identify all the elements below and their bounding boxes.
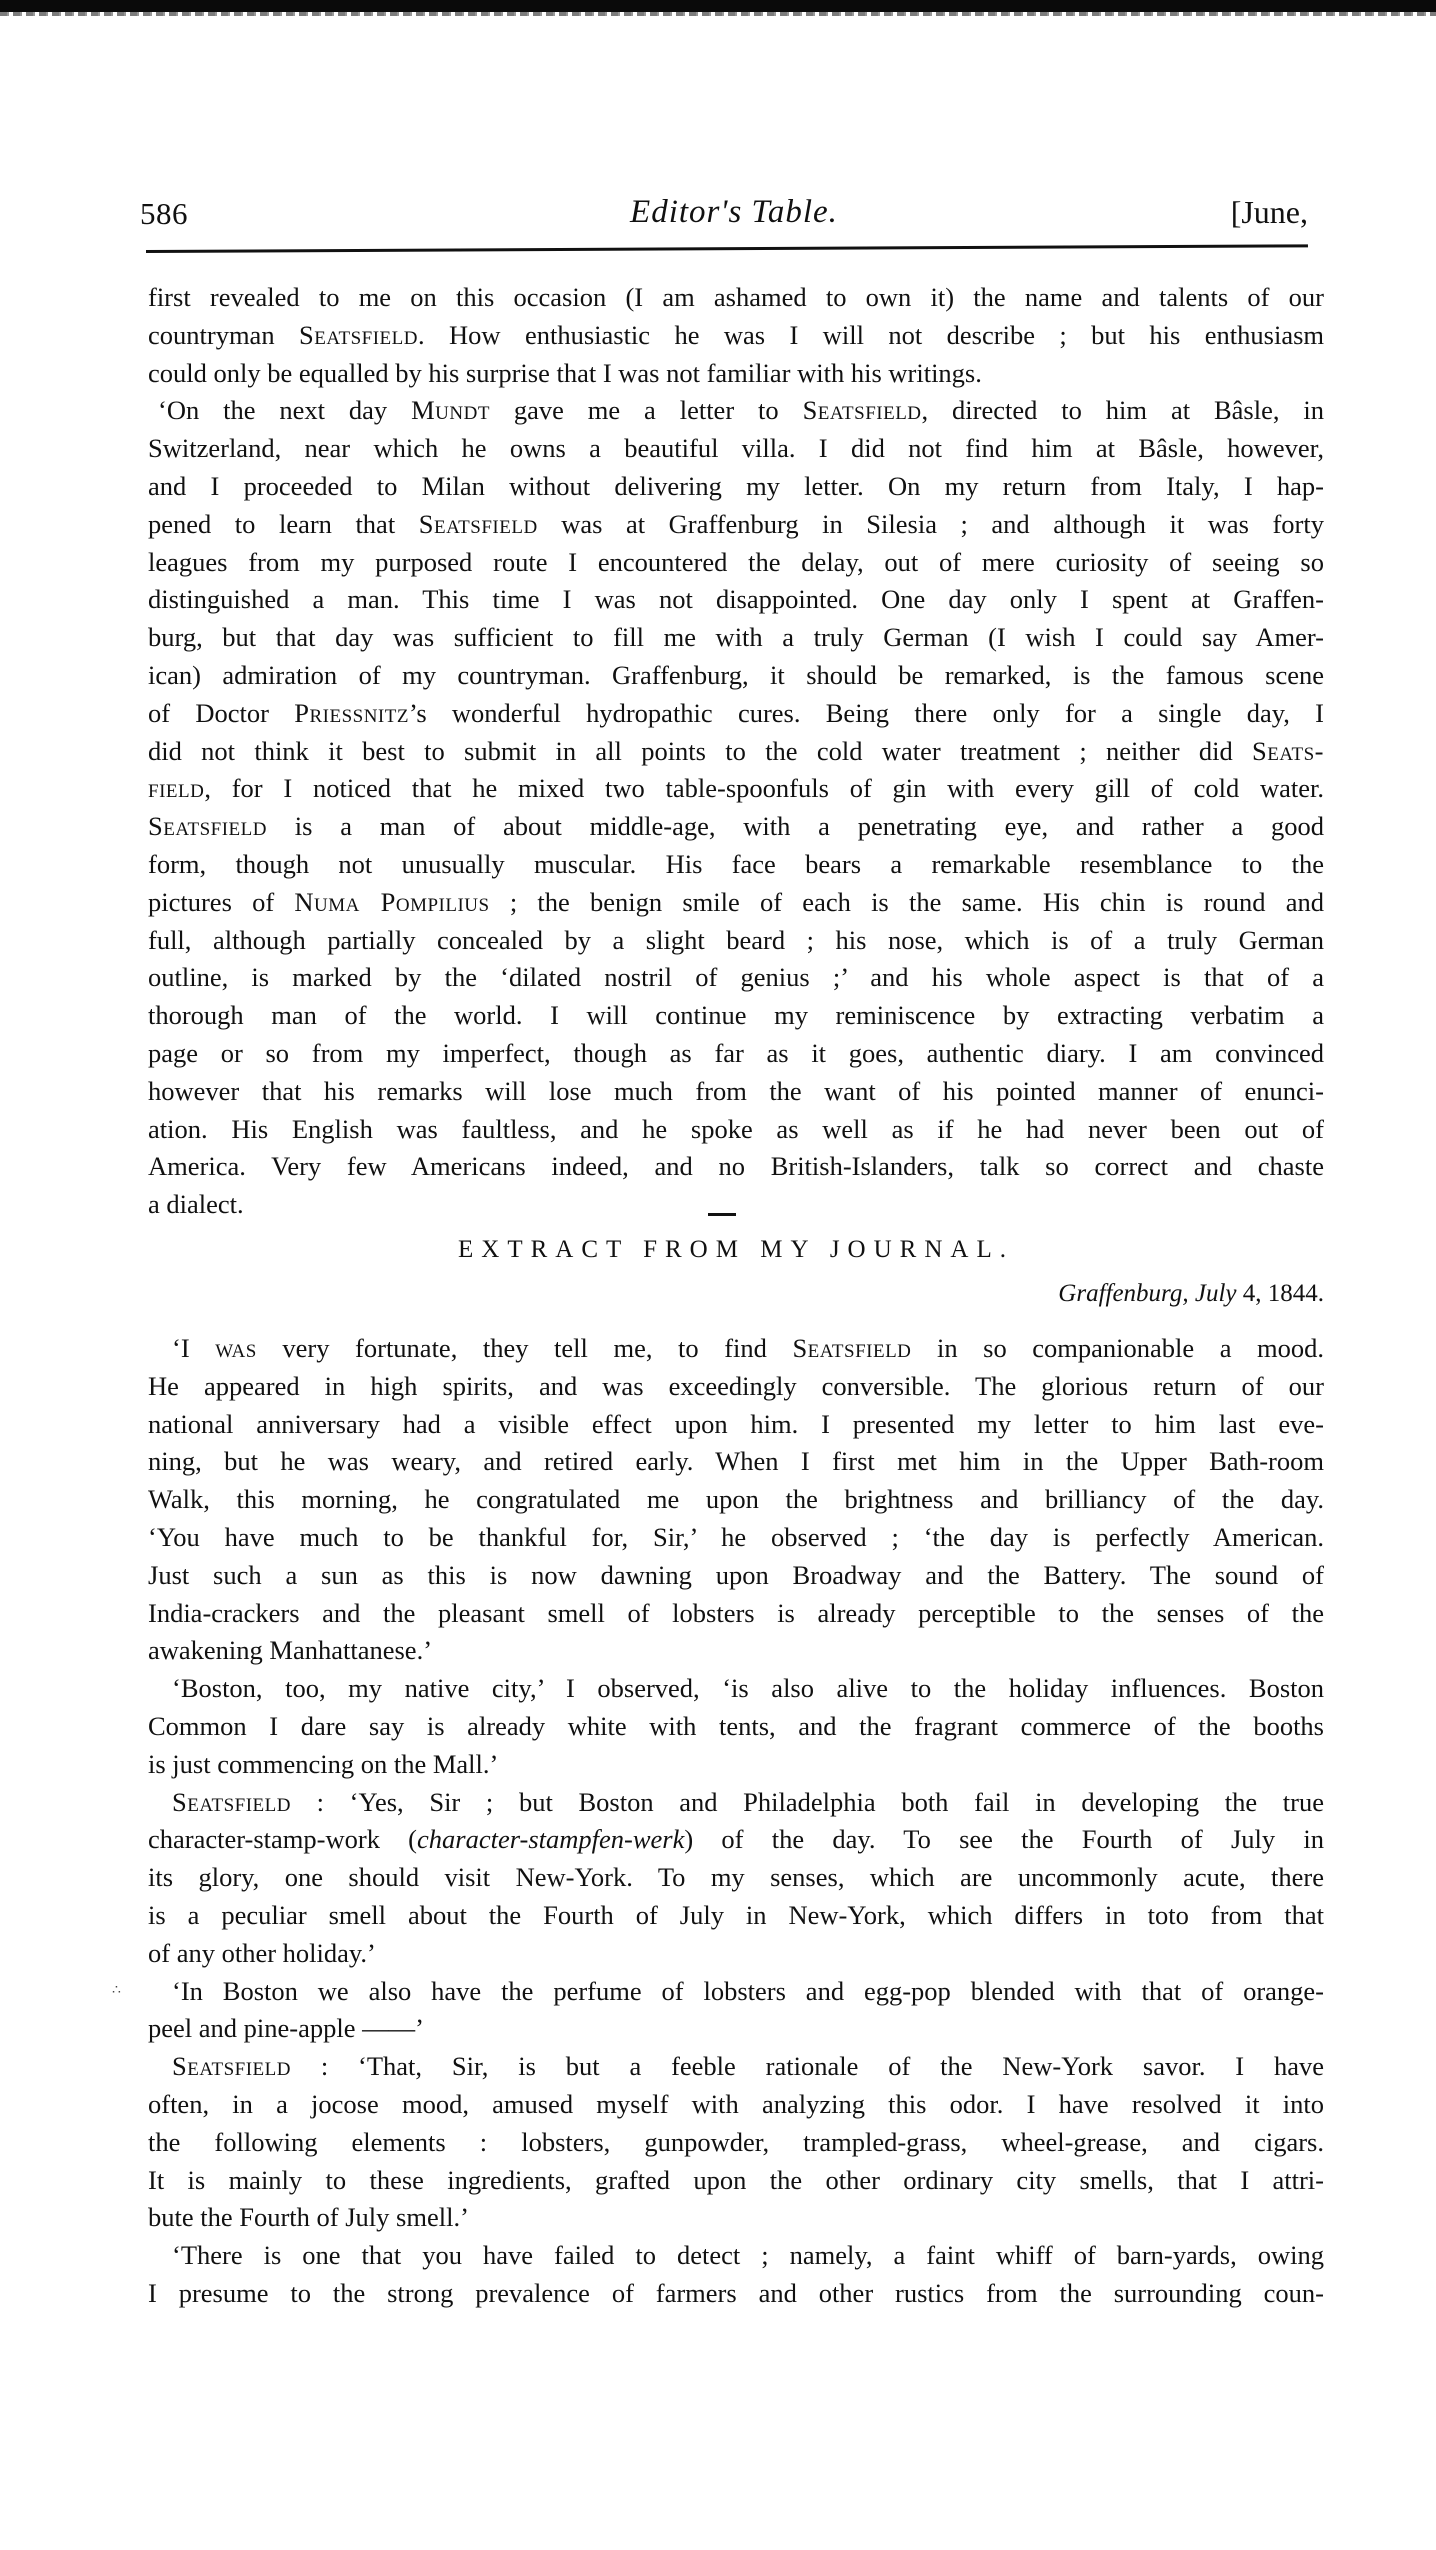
text-fragment: gave me a letter to — [490, 395, 803, 425]
text-line: thorough man of the world. I will contin… — [148, 997, 1324, 1035]
header-rule — [146, 244, 1308, 253]
scan-top-edge — [0, 0, 1436, 12]
text-line: distinguished a man. This time I was not… — [148, 581, 1324, 619]
speaker-seatsfield: Seatsfield — [172, 1787, 291, 1817]
text-fragment: pened to learn that — [148, 509, 419, 539]
text-line: ‘On the next day Mundt gave me a letter … — [148, 392, 1324, 430]
dateline-date: 4, 1844. — [1237, 1280, 1325, 1307]
text-line: form, though not unusually muscular. His… — [148, 846, 1324, 884]
scan-top-edge-noise — [0, 12, 1436, 16]
text-line: ‘You have much to be thankful for, Sir,’… — [148, 1519, 1324, 1557]
text-fragment: is a man of about middle-age, with a pen… — [267, 811, 1324, 841]
name-priessnitz: Priessnitz — [294, 698, 409, 728]
text-line: Seatsfield : ‘Yes, Sir ; but Boston and … — [148, 1784, 1324, 1822]
text-line: ning, but he was weary, and retired earl… — [148, 1443, 1324, 1481]
text-fragment: did not think it best to submit in all p… — [148, 736, 1252, 766]
running-month: [June, — [1231, 194, 1308, 231]
section-separator-dash — [708, 1213, 736, 1216]
text-line: often, in a jocose mood, amused myself w… — [148, 2086, 1324, 2124]
text-line: countryman Seatsfield. How enthusiastic … — [148, 317, 1324, 355]
journal-dateline: Graffenburg, July 4, 1844. — [1058, 1280, 1324, 1308]
text-line: ation. His English was faultless, and he… — [148, 1111, 1324, 1149]
text-line: the following elements : lobsters, gunpo… — [148, 2124, 1324, 2162]
journal-text: ‘I was very fortunate, they tell me, to … — [148, 1330, 1324, 2313]
text-line: India-crackers and the pleasant smell of… — [148, 1595, 1324, 1633]
text-line: is a peculiar smell about the Fourth of … — [148, 1897, 1324, 1935]
text-line: national anniversary had a visible effec… — [148, 1406, 1324, 1444]
text-line: is just commencing on the Mall.’ — [148, 1746, 1324, 1784]
dateline-place: Graffenburg — [1058, 1280, 1182, 1307]
name-seatsfield: Seatsfield — [299, 320, 418, 350]
text-line: It is mainly to these ingredients, graft… — [148, 2162, 1324, 2200]
text-fragment: ‘On the next day — [158, 395, 411, 425]
name-mundt: Mundt — [411, 395, 490, 425]
running-head: 586 Editor's Table. [June, — [140, 190, 1308, 240]
text-fragment: ) of the day. To see the Fourth of July … — [684, 1824, 1324, 1854]
text-line: pened to learn that Seatsfield was at Gr… — [148, 506, 1324, 544]
text-line: pictures of Numa Pompilius ; the benign … — [148, 884, 1324, 922]
text-fragment: of Doctor — [148, 698, 294, 728]
text-fragment: very fortunate, they tell me, to find — [257, 1333, 793, 1363]
text-line: ‘In Boston we also have the perfume of l… — [148, 1973, 1324, 2011]
text-line: leagues from my purposed route I encount… — [148, 544, 1324, 582]
text-line: bute the Fourth of July smell.’ — [148, 2199, 1324, 2237]
text-fragment: , directed to him at Bâsle, in — [922, 395, 1324, 425]
text-line: of any other holiday.’ — [148, 1935, 1324, 1973]
section-heading: EXTRACT FROM MY JOURNAL. — [148, 1236, 1324, 1264]
text-line: ‘I was very fortunate, they tell me, to … — [148, 1330, 1324, 1368]
text-fragment: was at Graffenburg in Silesia ; and alth… — [538, 509, 1324, 539]
text-line: could only be equalled by his surprise t… — [148, 355, 1324, 393]
name-seatsfield: Seatsfield — [148, 811, 267, 841]
text-line: page or so from my imperfect, though as … — [148, 1035, 1324, 1073]
running-title: Editor's Table. — [140, 194, 1308, 231]
text-fragment: , for I noticed that he mixed two table-… — [204, 773, 1324, 803]
text-line: He appeared in high spirits, and was exc… — [148, 1368, 1324, 1406]
text-line: its glory, one should visit New-York. To… — [148, 1859, 1324, 1897]
text-line: and I proceeded to Milan without deliver… — [148, 468, 1324, 506]
text-line: did not think it best to submit in all p… — [148, 733, 1324, 771]
text-line: ‘Boston, too, my native city,’ I observe… — [148, 1670, 1324, 1708]
text-line: however that his remarks will lose much … — [148, 1073, 1324, 1111]
text-line: outline, is marked by the ‘dilated nostr… — [148, 959, 1324, 997]
text-line: field, for I noticed that he mixed two t… — [148, 770, 1324, 808]
text-fragment: ’s wonderful hydropathic cures. Being th… — [409, 698, 1324, 728]
text-line: a dialect. — [148, 1186, 1324, 1224]
text-line: first revealed to me on this occasion (I… — [148, 279, 1324, 317]
marginal-mark-icon: ∴ — [112, 1982, 121, 1999]
name-seatsfield: Seatsfield — [419, 509, 538, 539]
name-numa-pompilius: Numa Pompilius — [294, 887, 489, 917]
text-line: peel and pine-apple ——’ — [148, 2010, 1324, 2048]
text-line: ican) admiration of my countryman. Graff… — [148, 657, 1324, 695]
text-line: ‘There is one that you have failed to de… — [148, 2237, 1324, 2275]
text-fragment: ; the benign smile of each is the same. … — [490, 887, 1324, 917]
name-seatsfield: field — [148, 773, 204, 803]
text-fragment: was — [215, 1333, 257, 1363]
text-line: full, although partially concealed by a … — [148, 922, 1324, 960]
name-seatsfield: Seatsfield — [803, 395, 922, 425]
text-line: of Doctor Priessnitz’s wonderful hydropa… — [148, 695, 1324, 733]
text-line: Just such a sun as this is now dawning u… — [148, 1557, 1324, 1595]
text-fragment: pictures of — [148, 887, 294, 917]
dateline-month: July — [1195, 1280, 1237, 1307]
text-fragment: countryman — [148, 320, 299, 350]
text-line: Seatsfield : ‘That, Sir, is but a feeble… — [148, 2048, 1324, 2086]
text-fragment: : ‘That, Sir, is but a feeble rationale … — [291, 2051, 1324, 2081]
text-fragment: character-stamp-work ( — [148, 1824, 417, 1854]
text-line: burg, but that day was sufficient to fil… — [148, 619, 1324, 657]
italic-term: character-stampfen-werk — [417, 1824, 684, 1854]
text-line: Walk, this morning, he congratulated me … — [148, 1481, 1324, 1519]
text-fragment: ‘I — [172, 1333, 215, 1363]
text-fragment: . How enthusiastic he was I will not des… — [418, 320, 1324, 350]
name-seatsfield: Seats- — [1252, 736, 1324, 766]
text-line: Common I dare say is already white with … — [148, 1708, 1324, 1746]
speaker-seatsfield: Seatsfield — [172, 2051, 291, 2081]
text-fragment: in so companionable a mood. — [911, 1333, 1324, 1363]
intro-text: first revealed to me on this occasion (I… — [148, 279, 1324, 1224]
text-line: awakening Manhattanese.’ — [148, 1632, 1324, 1670]
text-line: Switzerland, near which he owns a beauti… — [148, 430, 1324, 468]
name-seatsfield: Seatsfield — [792, 1333, 911, 1363]
text-line: character-stamp-work (character-stampfen… — [148, 1821, 1324, 1859]
text-line: Seatsfield is a man of about middle-age,… — [148, 808, 1324, 846]
text-line: I presume to the strong prevalence of fa… — [148, 2275, 1324, 2313]
text-fragment: : ‘Yes, Sir ; but Boston and Philadelphi… — [291, 1787, 1324, 1817]
text-line: America. Very few Americans indeed, and … — [148, 1148, 1324, 1186]
